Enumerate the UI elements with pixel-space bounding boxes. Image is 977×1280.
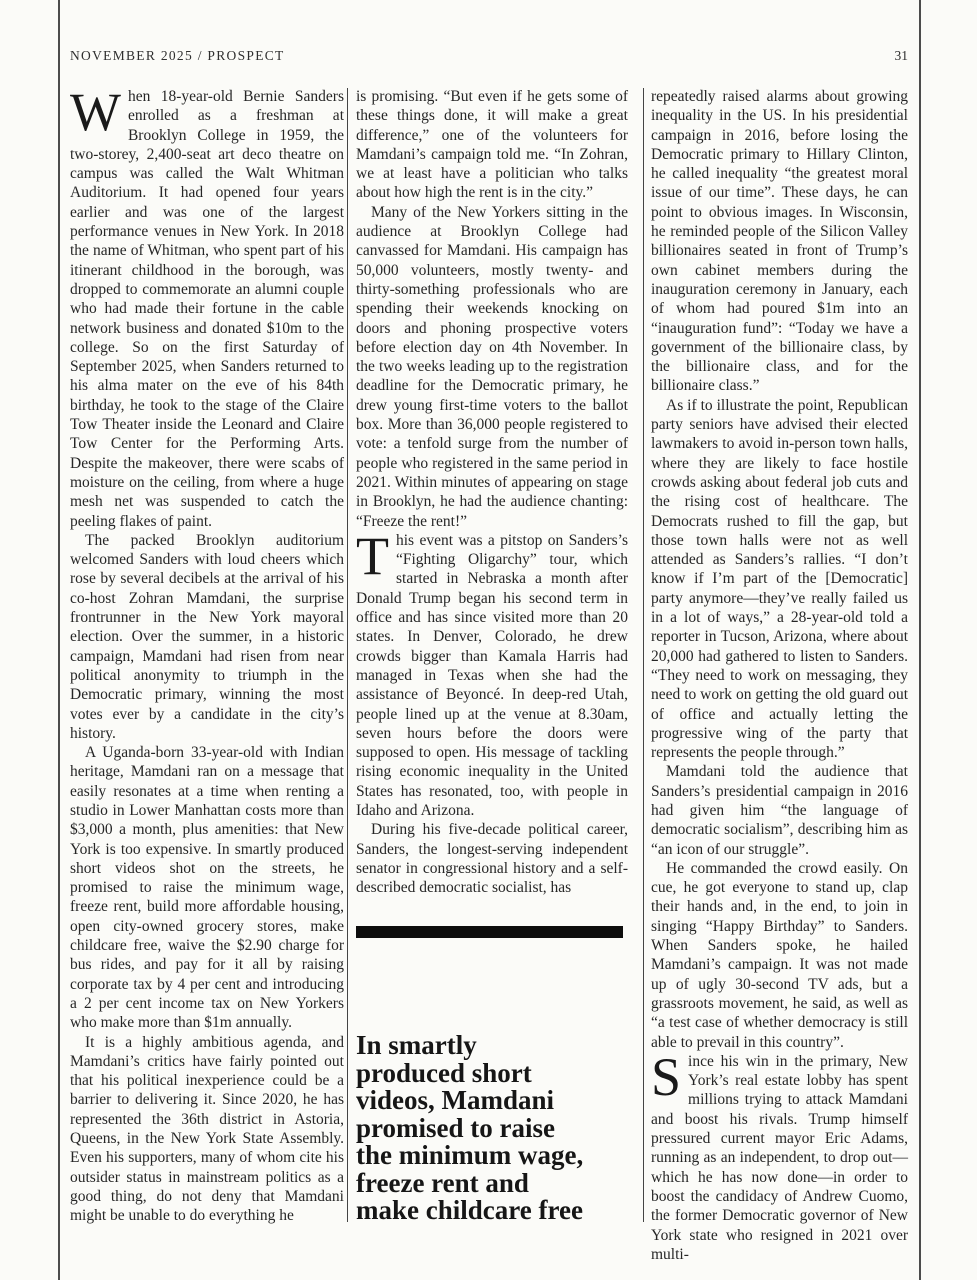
paragraph: He commanded the crowd easily. On cue, h… <box>651 859 908 1052</box>
paragraph-text: hen 18-year-old Bernie Sanders enrolled … <box>70 88 344 530</box>
article-column-1: When 18-year-old Bernie Sanders enrolled… <box>70 87 344 1226</box>
column-divider-rule-2 <box>643 88 644 1222</box>
paragraph: A Uganda-born 33-year-old with Indian he… <box>70 743 344 1032</box>
page-edge-rule-right <box>919 0 921 1280</box>
pullquote-line: the minimum wage, <box>356 1142 638 1170</box>
paragraph: During his five-decade political career,… <box>356 820 628 897</box>
paragraph: The packed Brooklyn auditorium welcomed … <box>70 531 344 743</box>
pullquote-line: videos, Mamdani <box>356 1087 638 1115</box>
paragraph-text: ince his win in the primary, New York’s … <box>651 1053 908 1263</box>
paragraph-opening: When 18-year-old Bernie Sanders enrolled… <box>70 87 344 531</box>
column-divider-rule-1 <box>347 88 348 1222</box>
article-column-2: is promising. “But even if he gets some … <box>356 87 628 897</box>
page-edge-rule-left <box>58 0 60 1280</box>
dropcap-s: S <box>651 1052 688 1100</box>
page-number: 31 <box>895 48 909 64</box>
paragraph-section: Since his win in the primary, New York’s… <box>651 1052 908 1264</box>
pullquote-line: In smartly <box>356 1032 638 1060</box>
paragraph: It is a highly ambitious agenda, and Mam… <box>70 1033 344 1226</box>
paragraph: Many of the New Yorkers sitting in the a… <box>356 203 628 531</box>
paragraph-continuation: is promising. “But even if he gets some … <box>356 87 628 203</box>
pullquote-line: freeze rent and <box>356 1170 638 1198</box>
pullquote-line: produced short <box>356 1060 638 1088</box>
dropcap-w: W <box>70 87 128 135</box>
paragraph-section: This event was a pitstop on Sanders’s “F… <box>356 531 628 820</box>
paragraph-text: his event was a pitstop on Sanders’s “Fi… <box>356 532 628 819</box>
article-column-3: repeatedly raised alarms about growing i… <box>651 87 908 1264</box>
paragraph-continuation: repeatedly raised alarms about growing i… <box>651 87 908 396</box>
pullquote-top-bar <box>356 926 623 938</box>
running-header: NOVEMBER 2025 / PROSPECT 31 <box>70 48 908 64</box>
pullquote-line: promised to raise <box>356 1115 638 1143</box>
pullquote: In smartly produced short videos, Mamdan… <box>356 1032 638 1225</box>
dropcap-t: T <box>356 531 396 579</box>
magazine-page: { "colors": { "text": "#262626", "rule":… <box>0 0 977 1280</box>
paragraph: Mamdani told the audience that Sanders’s… <box>651 762 908 858</box>
issue-title: NOVEMBER 2025 / PROSPECT <box>70 48 285 64</box>
paragraph: As if to illustrate the point, Republica… <box>651 396 908 763</box>
pullquote-line: make childcare free <box>356 1197 638 1225</box>
